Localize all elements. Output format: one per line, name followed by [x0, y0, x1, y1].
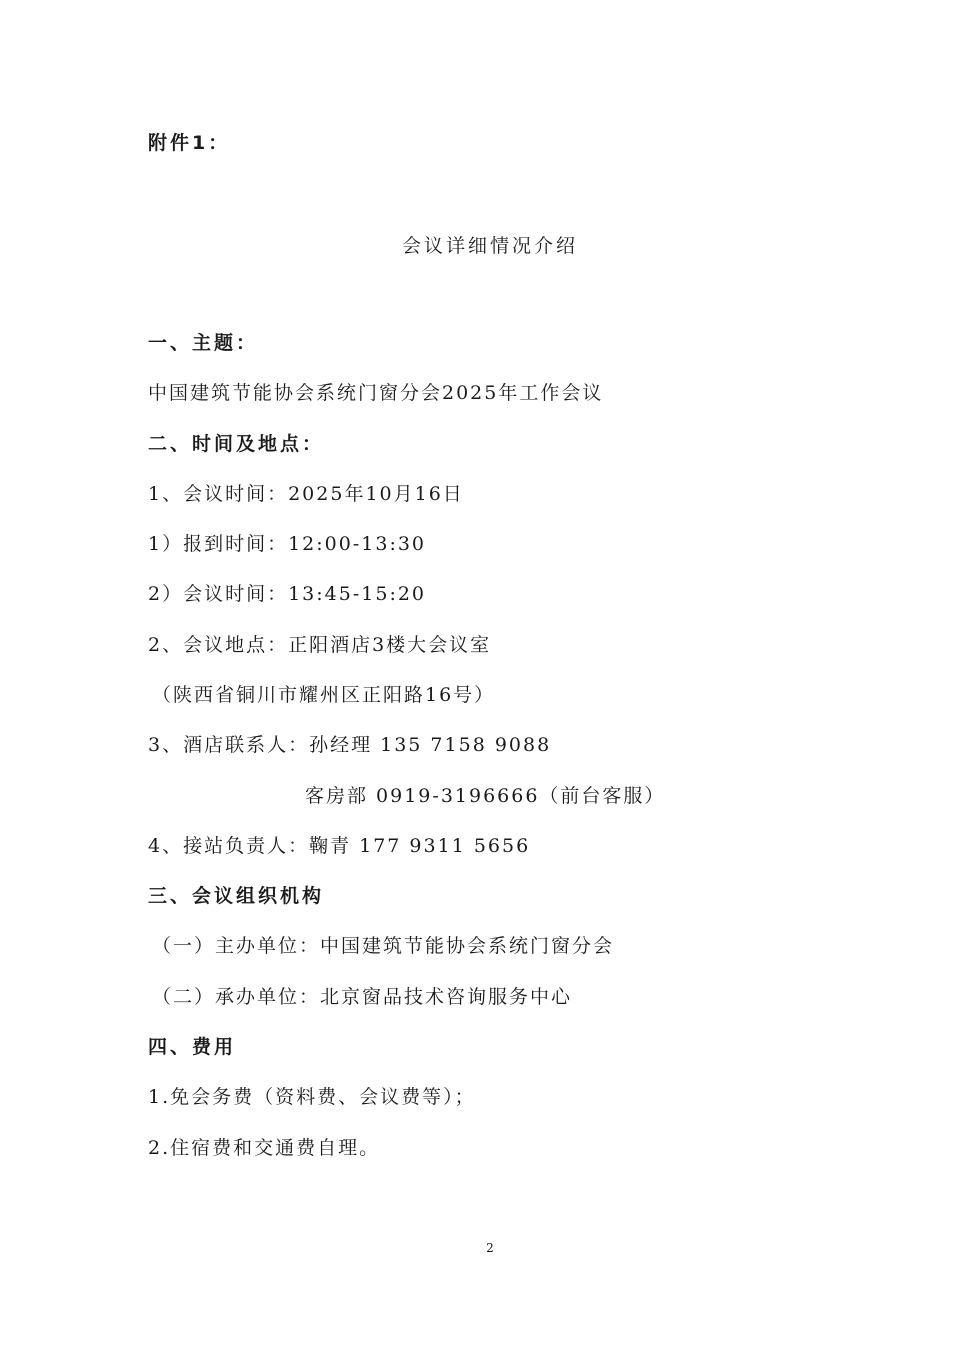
- organizer: （一）主办单位：中国建筑节能协会系统门窗分会: [152, 934, 614, 958]
- fee-item-1: 1.免会务费（资料费、会议费等）；: [148, 1085, 476, 1109]
- section-4-heading: 四、费用: [148, 1035, 236, 1059]
- page-number: 2: [0, 1241, 960, 1255]
- pickup-contact: 4、接站负责人：鞠青 177 9311 5656: [148, 834, 530, 858]
- meeting-date: 1、会议时间：2025年10月16日: [148, 482, 464, 506]
- fee-item-2: 2.住宿费和交通费自理。: [148, 1136, 380, 1160]
- meeting-location: 2、会议地点：正阳酒店3楼大会议室: [148, 633, 491, 657]
- meeting-address: （陕西省铜川市耀州区正阳路16号）: [152, 683, 495, 707]
- meeting-time: 2）会议时间：13:45-15:20: [148, 582, 426, 606]
- hotel-contact: 3、酒店联系人：孙经理 135 7158 9088: [148, 733, 551, 757]
- section-3-heading: 三、会议组织机构: [148, 884, 324, 908]
- section-2-heading: 二、时间及地点：: [148, 432, 324, 456]
- co-organizer: （二）承办单位：北京窗品技术咨询服务中心: [152, 985, 572, 1009]
- section-1-heading: 一、主题：: [148, 331, 258, 355]
- section-1-content: 中国建筑节能协会系统门窗分会2025年工作会议: [148, 381, 603, 405]
- document-title: 会议详细情况介绍: [0, 231, 960, 258]
- registration-time: 1）报到时间：12:00-13:30: [148, 532, 426, 556]
- attachment-label: 附件1：: [148, 131, 230, 155]
- hotel-front-desk: 客房部 0919-3196666（前台客服）: [305, 784, 665, 808]
